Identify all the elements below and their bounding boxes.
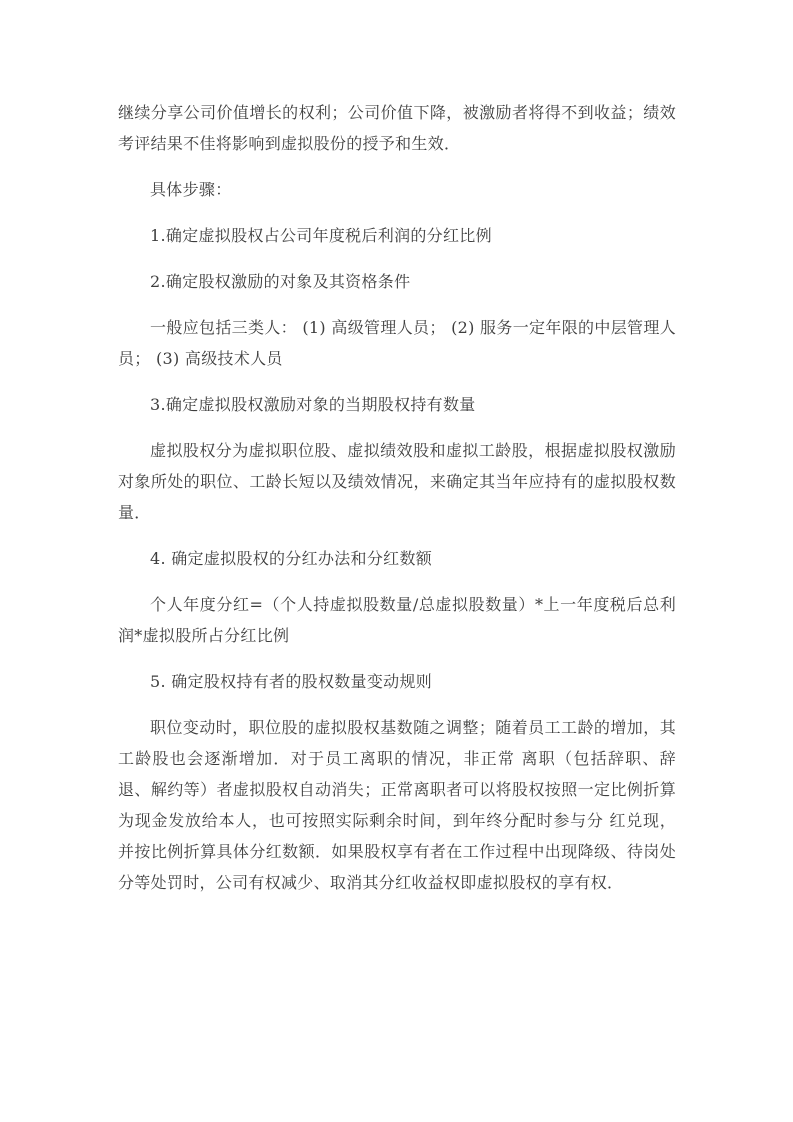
- paragraph-step-2-detail: 一般应包括三类人： (1) 高级管理人员； (2) 服务一定年限的中层管理人员；…: [118, 312, 676, 374]
- paragraph-continuation: 继续分享公司价值增长的权利；公司价值下降，被激励者将得不到收益；绩效考评结果不佳…: [118, 97, 676, 159]
- paragraph-step-2: 2.确定股权激励的对象及其资格条件: [118, 266, 676, 297]
- paragraph-step-5-detail: 职位变动时，职位股的虚拟股权基数随之调整；随着员工工龄的增加，其工龄股也会逐渐增…: [118, 712, 676, 898]
- paragraph-step-1: 1.确定虚拟股权占公司年度税后利润的分红比例: [118, 220, 676, 251]
- paragraph-step-3-detail: 虚拟股权分为虚拟职位股、虚拟绩效股和虚拟工龄股，根据虚拟股权激励对象所处的职位、…: [118, 435, 676, 528]
- paragraph-step-4-formula: 个人年度分红=（个人持虚拟股数量/总虚拟股数量）*上一年度税后总利润*虚拟股所占…: [118, 589, 676, 651]
- paragraph-step-4: 4. 确定虚拟股权的分红办法和分红数额: [118, 543, 676, 574]
- paragraph-step-3: 3.确定虚拟股权激励对象的当期股权持有数量: [118, 389, 676, 420]
- paragraph-steps-heading: 具体步骤：: [118, 174, 676, 205]
- document-page: 继续分享公司价值增长的权利；公司价值下降，被激励者将得不到收益；绩效考评结果不佳…: [0, 0, 793, 1122]
- paragraph-step-5: 5. 确定股权持有者的股权数量变动规则: [118, 666, 676, 697]
